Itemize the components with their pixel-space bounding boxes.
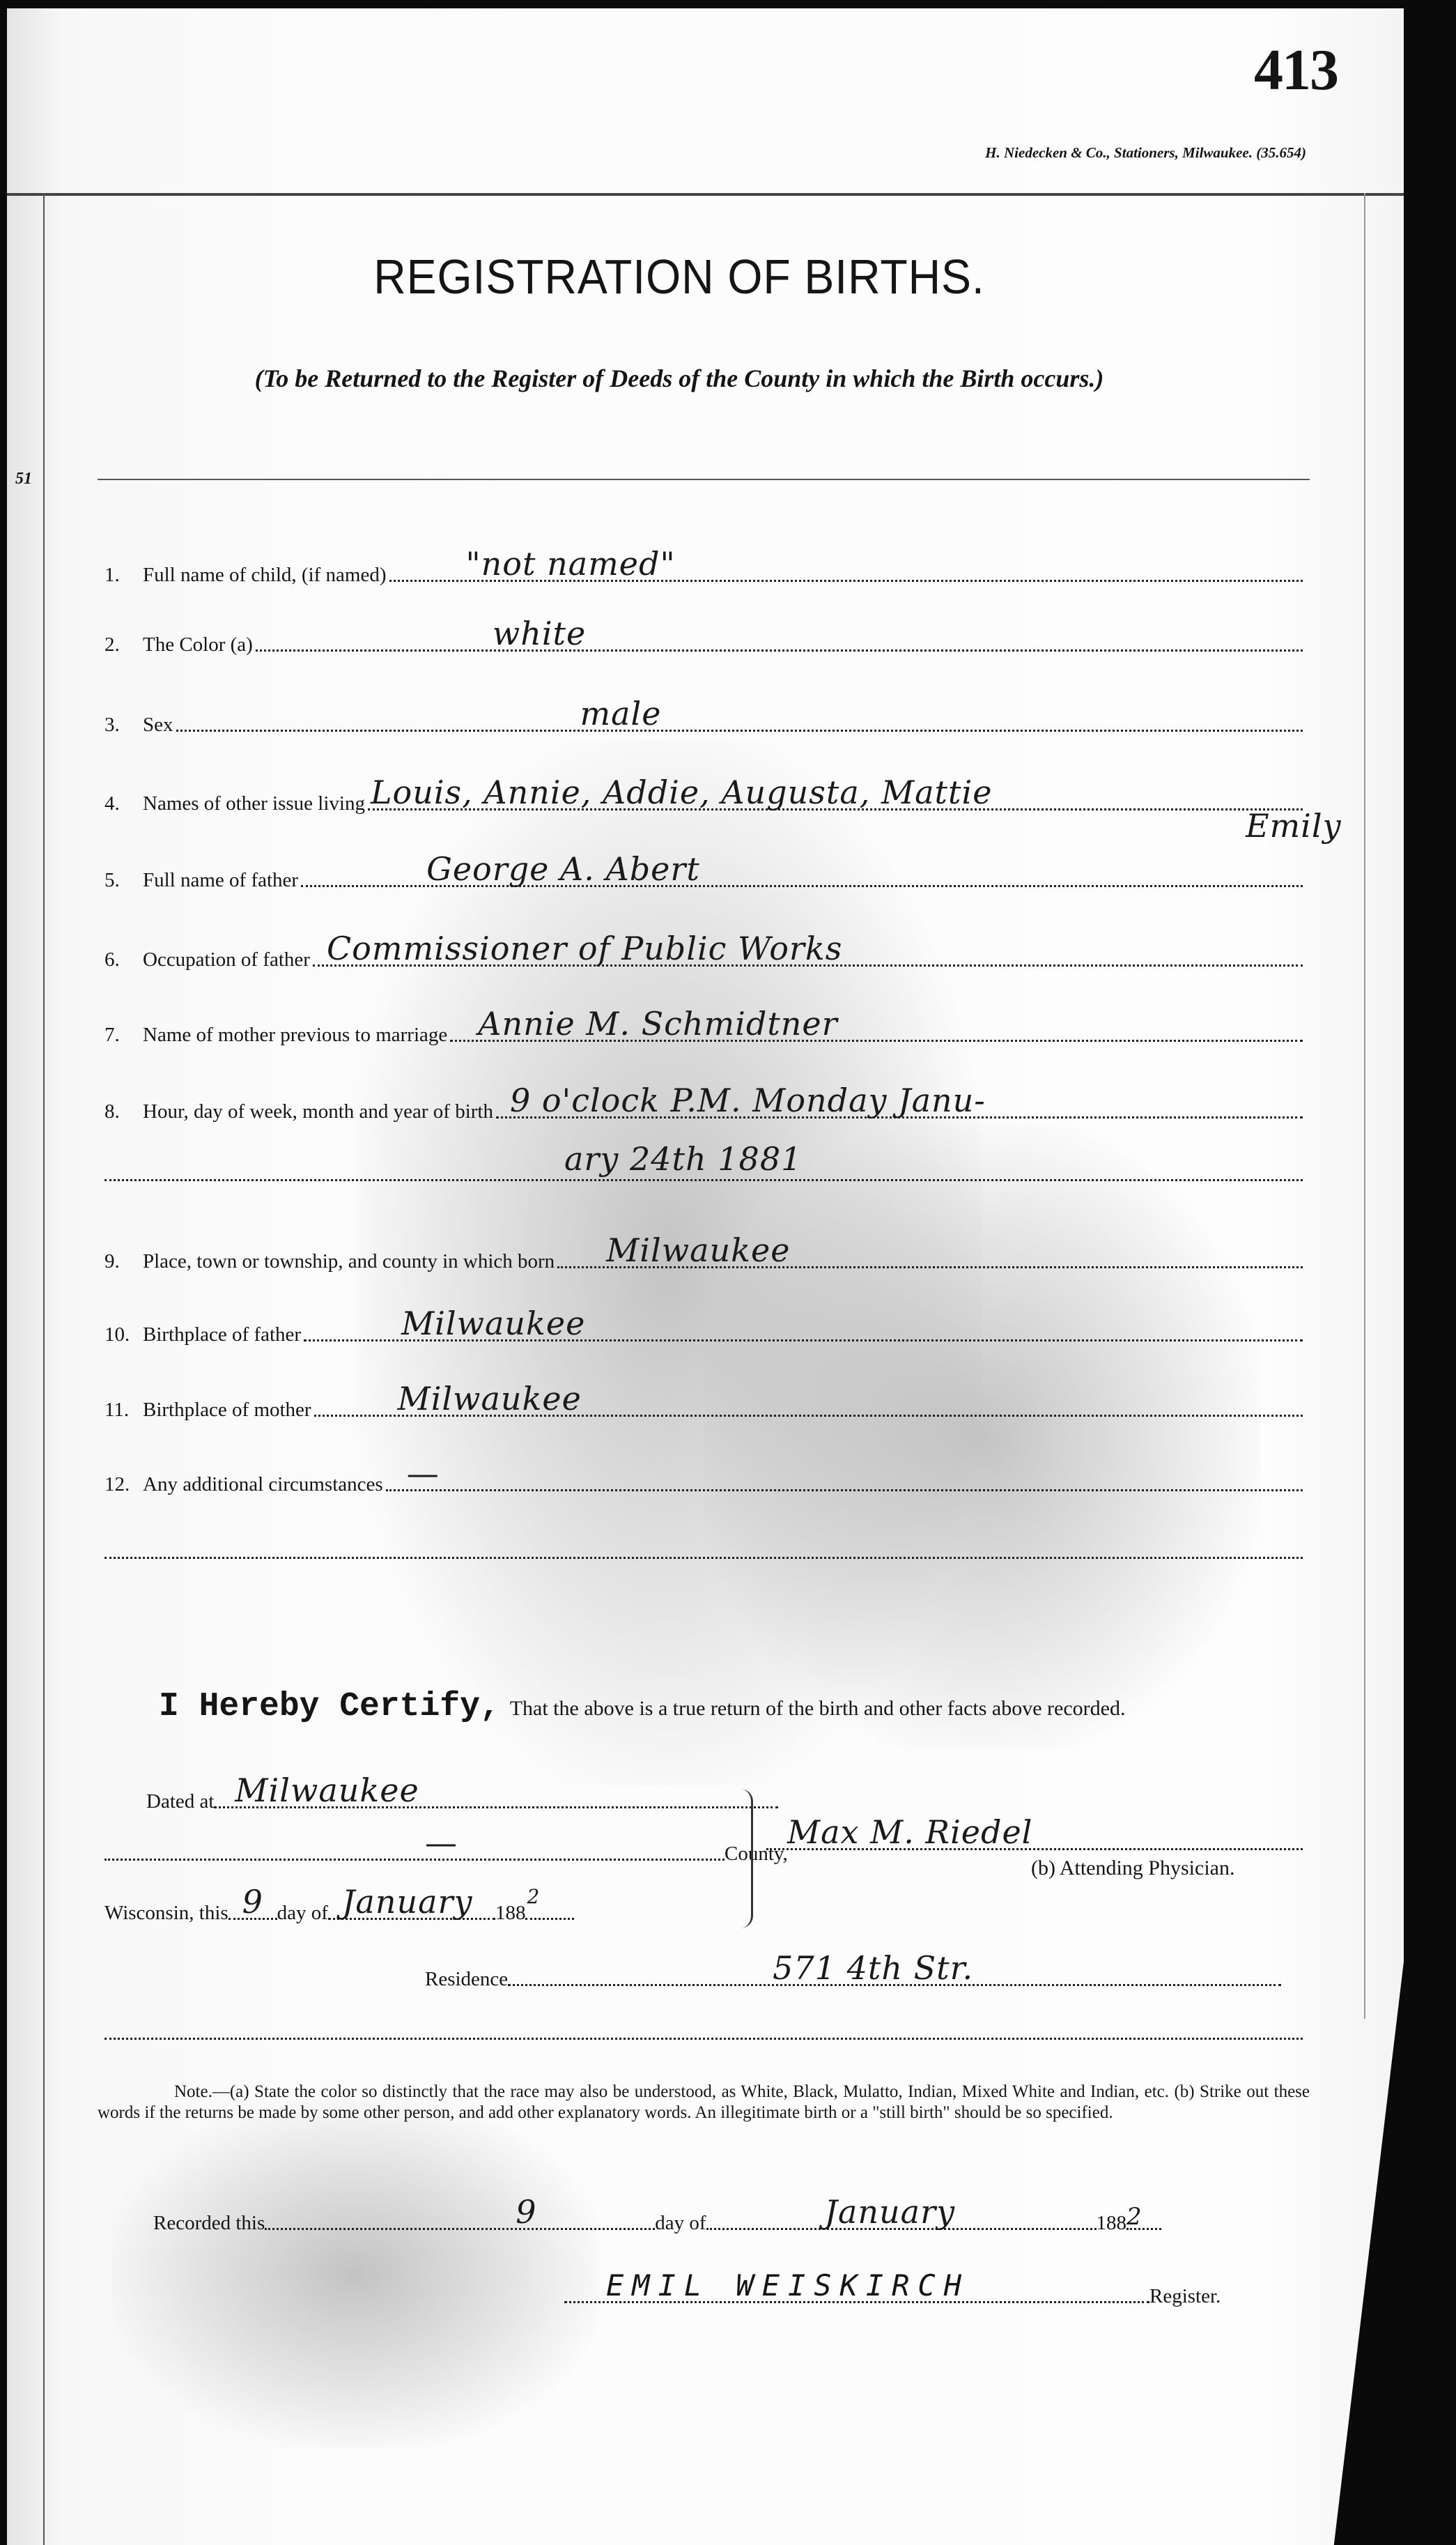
register-field: EMIL WEISKIRCH Register. xyxy=(564,2273,1221,2308)
field-other-issue: 4. Names of other issue living Louis, An… xyxy=(104,774,1303,815)
field-color: 2. The Color (a) white xyxy=(104,615,1303,656)
paper-stain xyxy=(111,2099,599,2447)
field-value: Milwaukee xyxy=(398,1380,582,1417)
page-number: 413 xyxy=(1254,36,1338,104)
day-value: 9 xyxy=(242,1883,263,1921)
document-page: 413 H. Niedecken & Co., Stationers, Milw… xyxy=(7,8,1404,2545)
county-value: — xyxy=(425,1824,458,1861)
field-sex: 3. Sex male xyxy=(104,695,1303,737)
field-value-continued: Emily xyxy=(1246,807,1342,845)
form-subtitle: (To be Returned to the Register of Deeds… xyxy=(7,364,1352,393)
paper-stain xyxy=(704,1123,1261,1751)
field-value: — xyxy=(407,1454,440,1492)
field-label: The Color (a) xyxy=(143,633,253,656)
field-label: Any additional circumstances xyxy=(143,1473,383,1496)
bracket xyxy=(738,1789,753,1928)
blank-line xyxy=(104,2038,1303,2040)
field-continuation-line: ary 24th 1881 xyxy=(104,1179,1303,1181)
margin-note: 51 xyxy=(15,470,32,489)
printer-imprint: H. Niedecken & Co., Stationers, Milwauke… xyxy=(985,144,1306,162)
field-label: Occupation of father xyxy=(143,948,310,971)
field-birth-place: 9. Place, town or township, and county i… xyxy=(104,1231,1303,1273)
field-value: Milwaukee xyxy=(606,1231,790,1269)
field-continuation-line xyxy=(104,1557,1303,1559)
field-line: white xyxy=(256,622,1303,652)
field-father-name: 5. Full name of father George A. Abert xyxy=(104,850,1303,892)
recorded-month-value: January xyxy=(825,2193,956,2231)
certify-text: That the above is a true return of the b… xyxy=(510,1697,1126,1721)
recorded-year-suffix: 2 xyxy=(1126,2203,1143,2231)
month-line: January xyxy=(328,1890,495,1920)
wisconsin-label: Wisconsin, this xyxy=(104,1902,229,1925)
dated-at-line: Milwaukee xyxy=(214,1778,778,1808)
field-value: Annie M. Schmidtner xyxy=(478,1005,837,1043)
recorded-year-line: 2 xyxy=(1126,2200,1161,2230)
field-label: Birthplace of father xyxy=(143,1323,301,1346)
certification-statement: I Hereby Certify, That the above is a tr… xyxy=(159,1688,1126,1725)
wisconsin-date-field: Wisconsin, this 9 day of January 188 2 xyxy=(104,1890,574,1925)
field-number: 12. xyxy=(104,1473,143,1496)
field-number: 11. xyxy=(104,1399,143,1422)
recorded-year-prefix: 188 xyxy=(1097,2212,1127,2235)
recorded-field: Recorded this 9 day of January 188 2 xyxy=(153,2200,1161,2235)
dated-at-field: Dated at Milwaukee xyxy=(146,1778,778,1813)
field-line: — xyxy=(386,1461,1303,1491)
recorded-day-of-label: day of xyxy=(655,2212,706,2235)
field-value-continued: ary 24th 1881 xyxy=(564,1140,802,1178)
field-line: Louis, Annie, Addie, Augusta, Mattie Emi… xyxy=(368,781,1303,810)
year-prefix: 188 xyxy=(495,1902,526,1925)
field-value: male xyxy=(580,695,662,732)
physician-signature: Max M. Riedel xyxy=(787,1813,1032,1851)
county-field: — County, xyxy=(104,1831,788,1866)
header-strip: 413 H. Niedecken & Co., Stationers, Milw… xyxy=(7,8,1404,196)
field-label: Sex xyxy=(143,714,173,737)
residence-value: 571 4th Str. xyxy=(773,1949,973,1987)
field-mother-maiden-name: 7. Name of mother previous to marriage A… xyxy=(104,1005,1303,1047)
field-line: Milwaukee xyxy=(304,1312,1303,1341)
month-value: January xyxy=(342,1883,473,1921)
field-line: George A. Abert xyxy=(301,857,1303,887)
field-label: Place, town or township, and county in w… xyxy=(143,1250,555,1273)
recorded-day-value: 9 xyxy=(516,2193,536,2231)
field-label: Full name of father xyxy=(143,869,298,892)
certify-heading: I Hereby Certify, xyxy=(159,1688,500,1725)
form-title: REGISTRATION OF BIRTHS. xyxy=(61,249,1298,305)
signature-field: Max M. Riedel xyxy=(766,1820,1303,1855)
field-number: 5. xyxy=(104,869,143,892)
residence-label: Residence xyxy=(425,1968,508,1991)
signer-role: (b) Attending Physician. xyxy=(1031,1856,1234,1880)
field-value: 9 o'clock P.M. Monday Janu- xyxy=(510,1082,986,1119)
recorded-day-line: 9 xyxy=(265,2200,655,2230)
field-number: 3. xyxy=(104,714,143,737)
field-label: Hour, day of week, month and year of bir… xyxy=(143,1100,493,1123)
year-suffix: 2 xyxy=(527,1885,540,1908)
field-number: 1. xyxy=(104,564,143,587)
field-value: George A. Abert xyxy=(426,850,700,888)
field-value: Commissioner of Public Works xyxy=(327,930,842,967)
left-margin-rule xyxy=(43,193,45,2545)
field-line: Milwaukee xyxy=(314,1387,1303,1417)
separator-rule xyxy=(98,479,1310,480)
register-label: Register. xyxy=(1149,2285,1221,2308)
field-label: Name of mother previous to marriage xyxy=(143,1024,447,1047)
field-line: Milwaukee xyxy=(557,1238,1303,1268)
residence-field: Residence 571 4th Str. xyxy=(425,1956,1281,1991)
field-number: 4. xyxy=(104,792,143,815)
field-child-name: 1. Full name of child, (if named) "not n… xyxy=(104,545,1303,587)
day-line: 9 xyxy=(229,1890,277,1920)
right-margin-rule xyxy=(1364,193,1365,2019)
field-father-occupation: 6. Occupation of father Commissioner of … xyxy=(104,930,1303,971)
field-line: male xyxy=(176,702,1303,732)
residence-line: 571 4th Str. xyxy=(508,1956,1281,1986)
recorded-month-line: January xyxy=(706,2200,1097,2230)
field-number: 10. xyxy=(104,1323,143,1346)
signature-line: Max M. Riedel xyxy=(766,1820,1303,1850)
field-line: Annie M. Schmidtner xyxy=(450,1012,1303,1042)
field-value: Milwaukee xyxy=(401,1305,585,1342)
field-number: 8. xyxy=(104,1100,143,1123)
field-label: Full name of child, (if named) xyxy=(143,564,387,587)
year-line: 2 xyxy=(525,1890,574,1920)
recorded-label: Recorded this xyxy=(153,2212,265,2235)
field-number: 7. xyxy=(104,1024,143,1047)
field-value: Louis, Annie, Addie, Augusta, Mattie xyxy=(371,774,992,811)
field-additional-circumstances: 12. Any additional circumstances — xyxy=(104,1454,1303,1496)
footnote: Note.—(a) State the color so distinctly … xyxy=(98,2082,1310,2123)
register-line: EMIL WEISKIRCH xyxy=(564,2273,1149,2303)
register-name: EMIL WEISKIRCH xyxy=(606,2268,970,2302)
field-number: 2. xyxy=(104,633,143,656)
field-line: "not named" xyxy=(389,552,1303,582)
field-line: Commissioner of Public Works xyxy=(313,937,1303,967)
dated-at-value: Milwaukee xyxy=(235,1771,419,1809)
field-value: "not named" xyxy=(466,545,676,583)
field-label: Birthplace of mother xyxy=(143,1399,311,1422)
field-label: Names of other issue living xyxy=(143,792,365,815)
day-of-label: day of xyxy=(277,1902,328,1925)
field-number: 6. xyxy=(104,948,143,971)
dated-at-label: Dated at xyxy=(146,1790,214,1813)
field-mother-birthplace: 11. Birthplace of mother Milwaukee xyxy=(104,1380,1303,1422)
field-line: 9 o'clock P.M. Monday Janu- xyxy=(496,1089,1303,1118)
county-line: — xyxy=(104,1831,725,1861)
field-birth-datetime: 8. Hour, day of week, month and year of … xyxy=(104,1082,1303,1123)
field-father-birthplace: 10. Birthplace of father Milwaukee xyxy=(104,1305,1303,1346)
field-number: 9. xyxy=(104,1250,143,1273)
field-value: white xyxy=(493,615,586,652)
